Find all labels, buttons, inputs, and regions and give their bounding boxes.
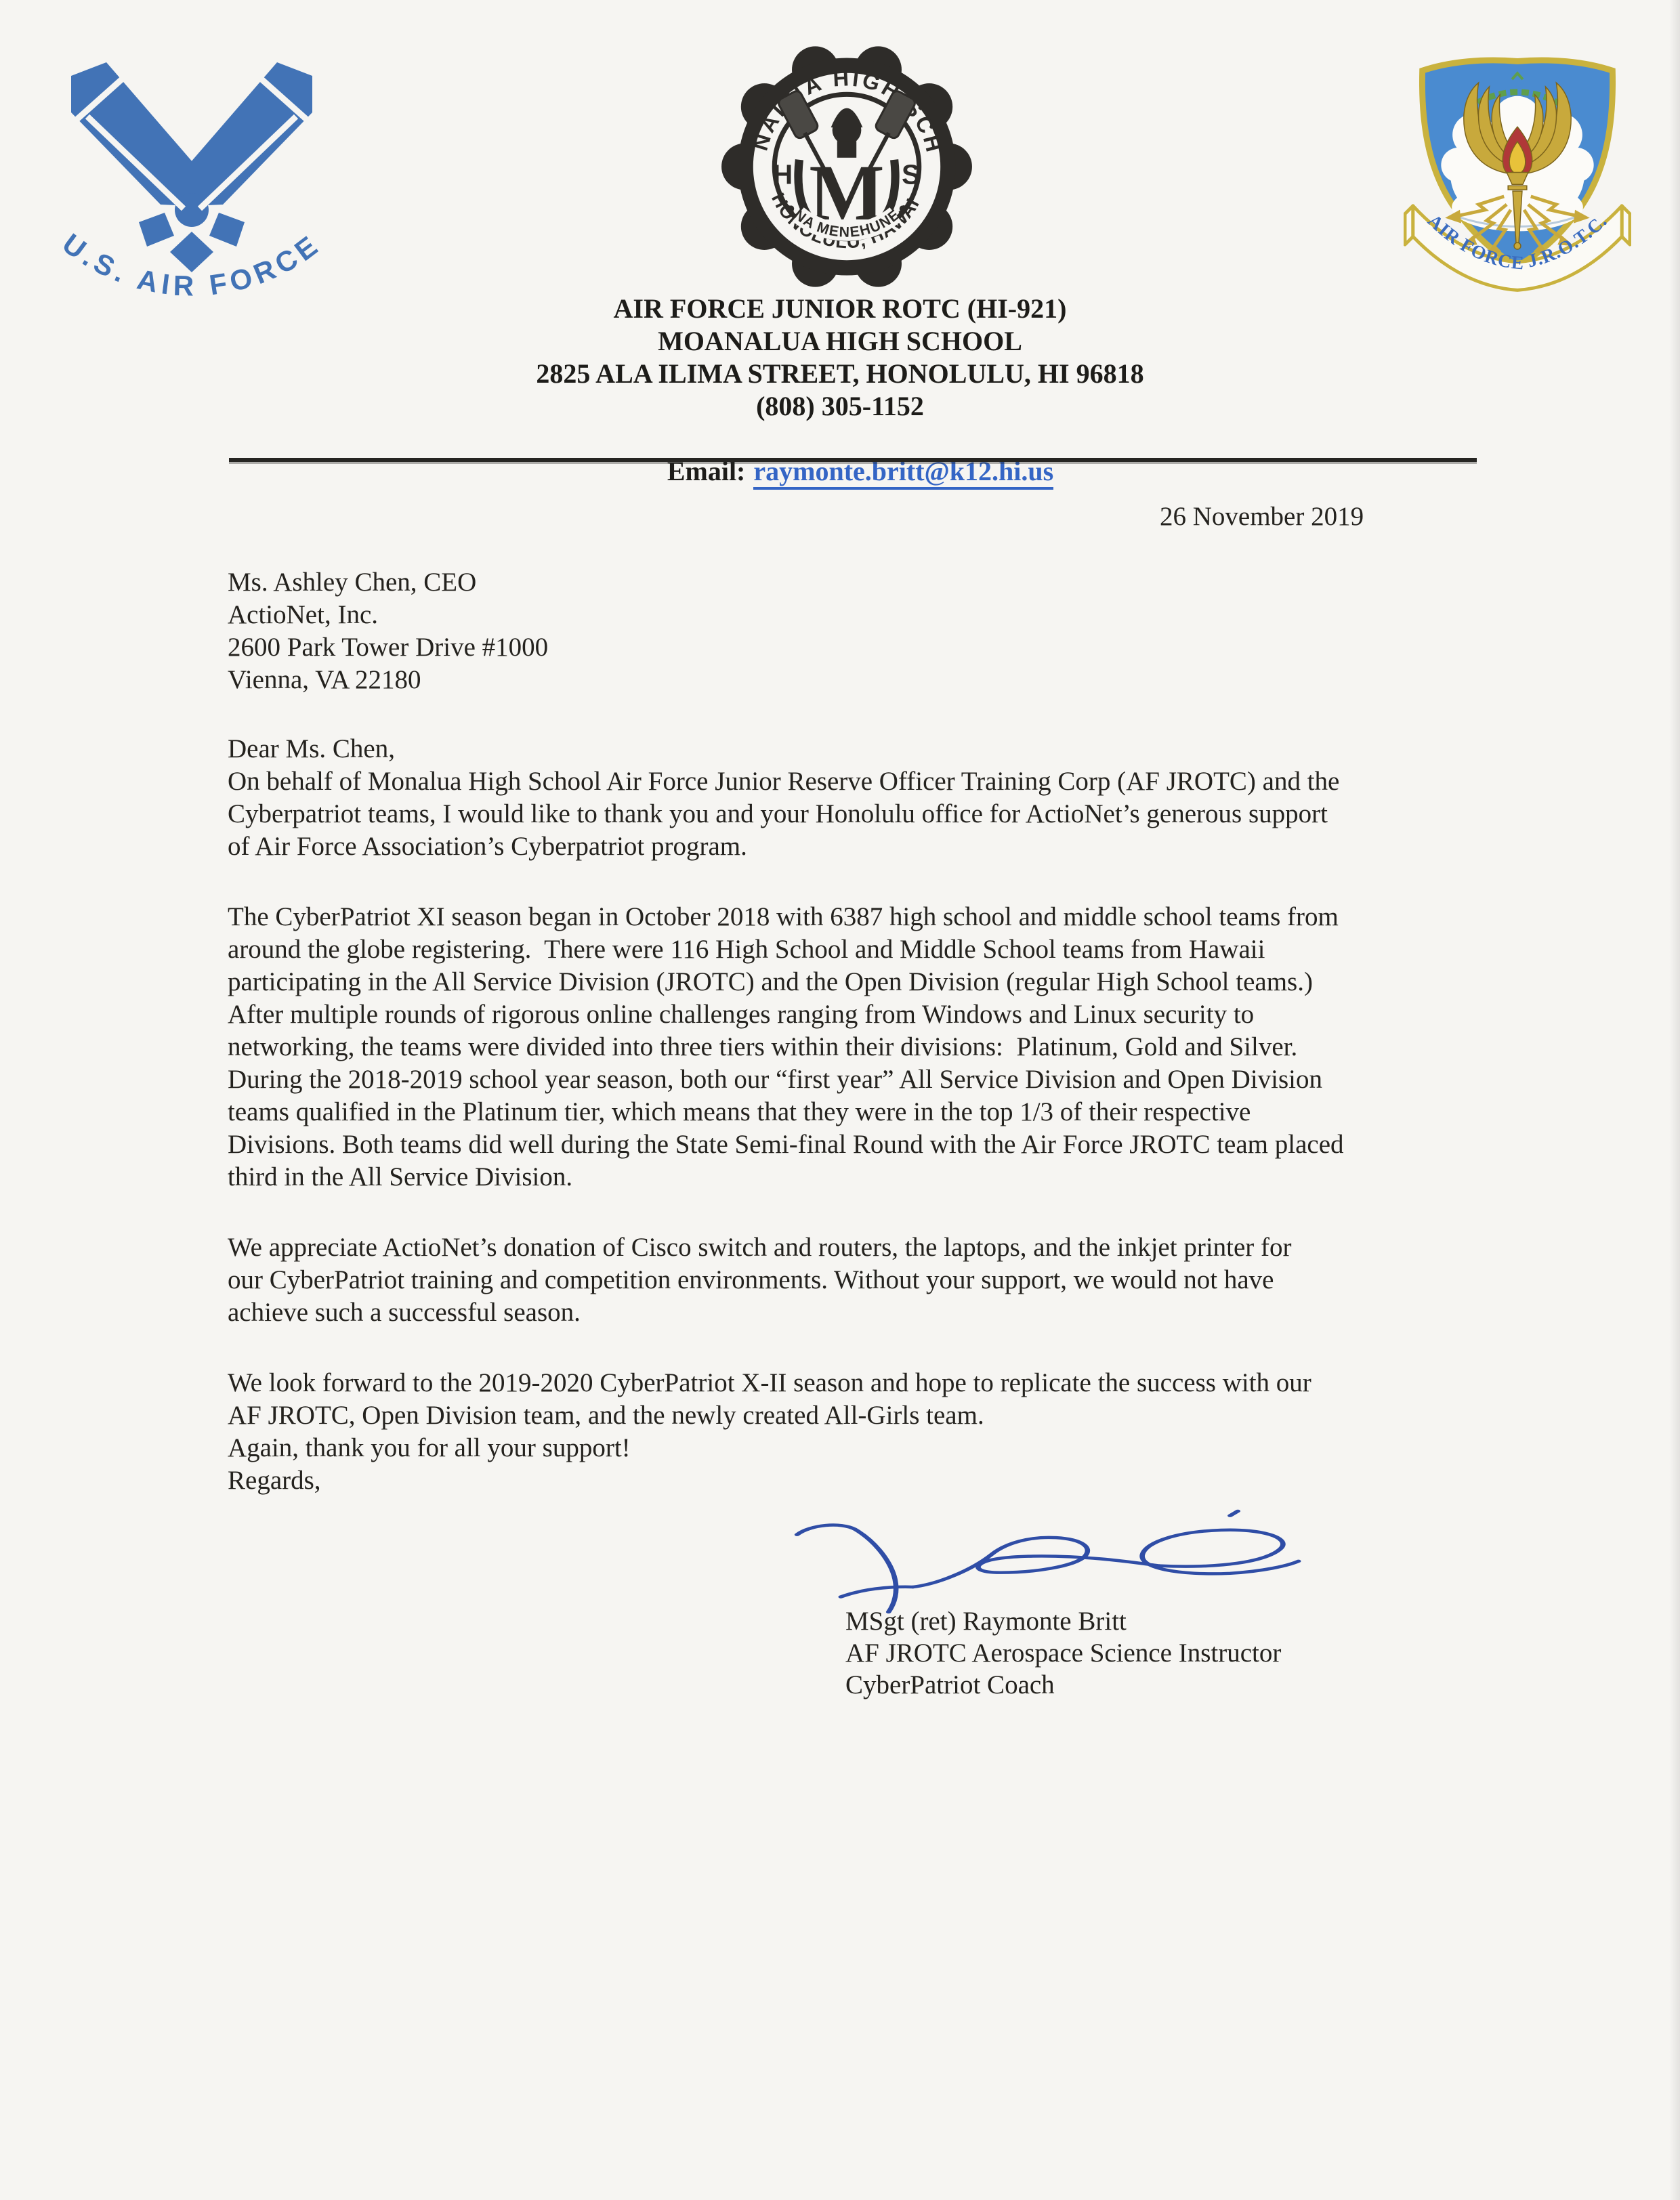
us-air-force-logo: U.S. AIR FORCE [33,42,351,326]
body-line: third in the All Service Division. [228,1161,1344,1193]
letterhead-school: MOANALUA HIGH SCHOOL [0,325,1680,358]
paragraph-2: The CyberPatriot XI season began in Octo… [228,901,1344,1193]
signer-title2: CyberPatriot Coach [845,1669,1281,1701]
letterhead-unit: AIR FORCE JUNIOR ROTC (HI-921) [0,293,1680,325]
recipient-street: 2600 Park Tower Drive #1000 [228,631,548,664]
salutation: Dear Ms. Chen, [228,733,1344,765]
body-line: The CyberPatriot XI season began in Octo… [228,901,1344,933]
body-line: teams qualified in the Platinum tier, wh… [228,1096,1344,1128]
body-line: achieve such a successful season. [228,1296,1344,1329]
body-line: After multiple rounds of rigorous online… [228,998,1344,1031]
body-line: We look forward to the 2019-2020 CyberPa… [228,1367,1344,1399]
body-line: During the 2018-2019 school year season,… [228,1063,1344,1096]
body-line: AF JROTC, Open Division team, and the ne… [228,1399,1344,1432]
signer-name: MSgt (ret) Raymonte Britt [845,1605,1281,1637]
body-line: networking, the teams were divided into … [228,1031,1344,1063]
body-line: of Air Force Association’s Cyberpatriot … [228,830,1344,863]
signer-title: AF JROTC Aerospace Science Instructor [845,1637,1281,1669]
closing-regards: Regards, [228,1464,1344,1497]
recipient-city: Vienna, VA 22180 [228,664,548,696]
recipient-address: Ms. Ashley Chen, CEO ActioNet, Inc. 2600… [228,566,548,696]
letterhead-street: 2825 ALA ILIMA STREET, HONOLULU, HI 9681… [0,358,1680,390]
signature-block: MSgt (ret) Raymonte Britt AF JROTC Aeros… [845,1605,1281,1701]
letterhead-email-line: Email:raymonte.britt@k12.hi.us [0,423,1680,520]
body-line: our CyberPatriot training and competitio… [228,1264,1344,1296]
paragraph-1: On behalf of Monalua High School Air For… [228,765,1344,863]
recipient-company: ActioNet, Inc. [228,599,548,631]
paragraph-4: We look forward to the 2019-2020 CyberPa… [228,1367,1344,1497]
letterhead-divider [229,458,1477,462]
body-line: participating in the All Service Divisio… [228,966,1344,998]
body-line: Divisions. Both teams did well during th… [228,1128,1344,1161]
body-line: around the globe registering. There were… [228,933,1344,966]
handwritten-signature [779,1505,1307,1619]
seal-letter-h: H [773,158,793,190]
body-line: On behalf of Monalua High School Air For… [228,765,1344,798]
letterhead-phone: (808) 305-1152 [0,390,1680,423]
seal-letter-s: S [902,158,920,190]
recipient-name: Ms. Ashley Chen, CEO [228,566,548,599]
body-line: Cyberpatriot teams, I would like to than… [228,798,1344,830]
moanalua-high-school-seal: MOANALUA HIGH SCHOOL HONOLULU, HAWAII H [719,39,974,294]
letter-page: U.S. AIR FORCE MOANALUA HIGH SCHOOL HONO… [0,0,1680,2200]
letter-body: Dear Ms. Chen, On behalf of Monalua High… [228,733,1344,1497]
af-jrotc-shield: AIR FORCE J.R.O.T.C. [1404,41,1631,299]
letterhead: AIR FORCE JUNIOR ROTC (HI-921) MOANALUA … [0,293,1680,520]
paragraph-3: We appreciate ActioNet’s donation of Cis… [228,1231,1344,1329]
letter-date: 26 November 2019 [1160,501,1364,532]
body-line: Again, thank you for all your support! [228,1432,1344,1464]
body-line: We appreciate ActioNet’s donation of Cis… [228,1231,1344,1264]
